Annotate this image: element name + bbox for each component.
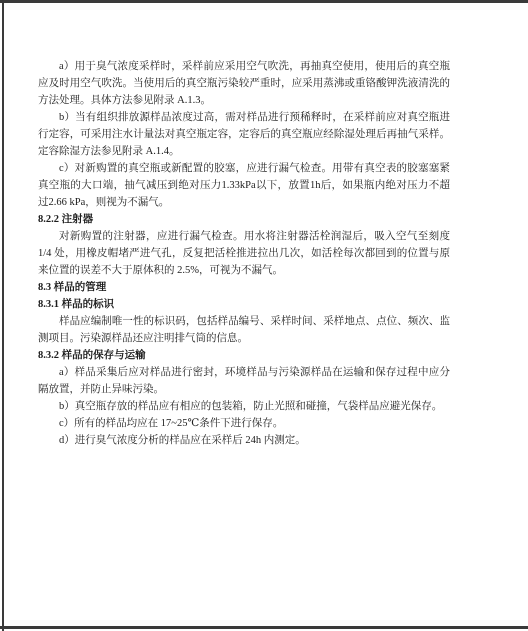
list-item-d-24h-analysis: d）进行臭气浓度分析的样品应在采样后 24h 内测定。 [38,432,450,449]
list-item-a-vacuum-bottle: a）用于臭气浓度采样时，采样前应采用空气吹洗，再抽真空使用，使用后的真空瓶应及时… [38,58,450,109]
page-edge-top [0,0,528,3]
paragraph-syringe-check: 对新购置的注射器，应进行漏气检查。用水将注射器活栓润湿后，吸入空气至刻度 1/4… [38,228,450,279]
paragraph-sample-labeling: 样品应编制唯一性的标识码，包括样品编号、采样时间、采样地点、点位、频次、监测项目… [38,313,450,347]
page-edge-bottom [0,626,528,629]
document-content: a）用于臭气浓度采样时，采样前应采用空气吹洗，再抽真空使用，使用后的真空瓶应及时… [38,58,450,449]
section-heading-8-3-2: 8.3.2 样品的保存与运输 [38,347,450,364]
document-page: a）用于臭气浓度采样时，采样前应采用空气吹洗，再抽真空使用，使用后的真空瓶应及时… [0,0,528,631]
list-item-a-sealing: a）样品采集后应对样品进行密封，环境样品与污染源样品在运输和保存过程中应分隔放置… [38,364,450,398]
list-item-c-storage-temp: c）所有的样品均应在 17~25℃条件下进行保存。 [38,415,450,432]
section-heading-8-3-1: 8.3.1 样品的标识 [38,296,450,313]
list-item-b-predilution: b）当有组织排放源样品浓度过高，需对样品进行预稀释时，在采样前应对真空瓶进行定容… [38,109,450,160]
list-item-c-leak-check: c）对新购置的真空瓶或新配置的胶塞，应进行漏气检查。用带有真空表的胶塞塞紧真空瓶… [38,160,450,211]
page-edge-left [2,0,4,631]
section-heading-8-2-2: 8.2.2 注射器 [38,211,450,228]
list-item-b-packaging: b）真空瓶存放的样品应有相应的包装箱，防止光照和碰撞，气袋样品应避光保存。 [38,398,450,415]
section-heading-8-3: 8.3 样品的管理 [38,279,450,296]
